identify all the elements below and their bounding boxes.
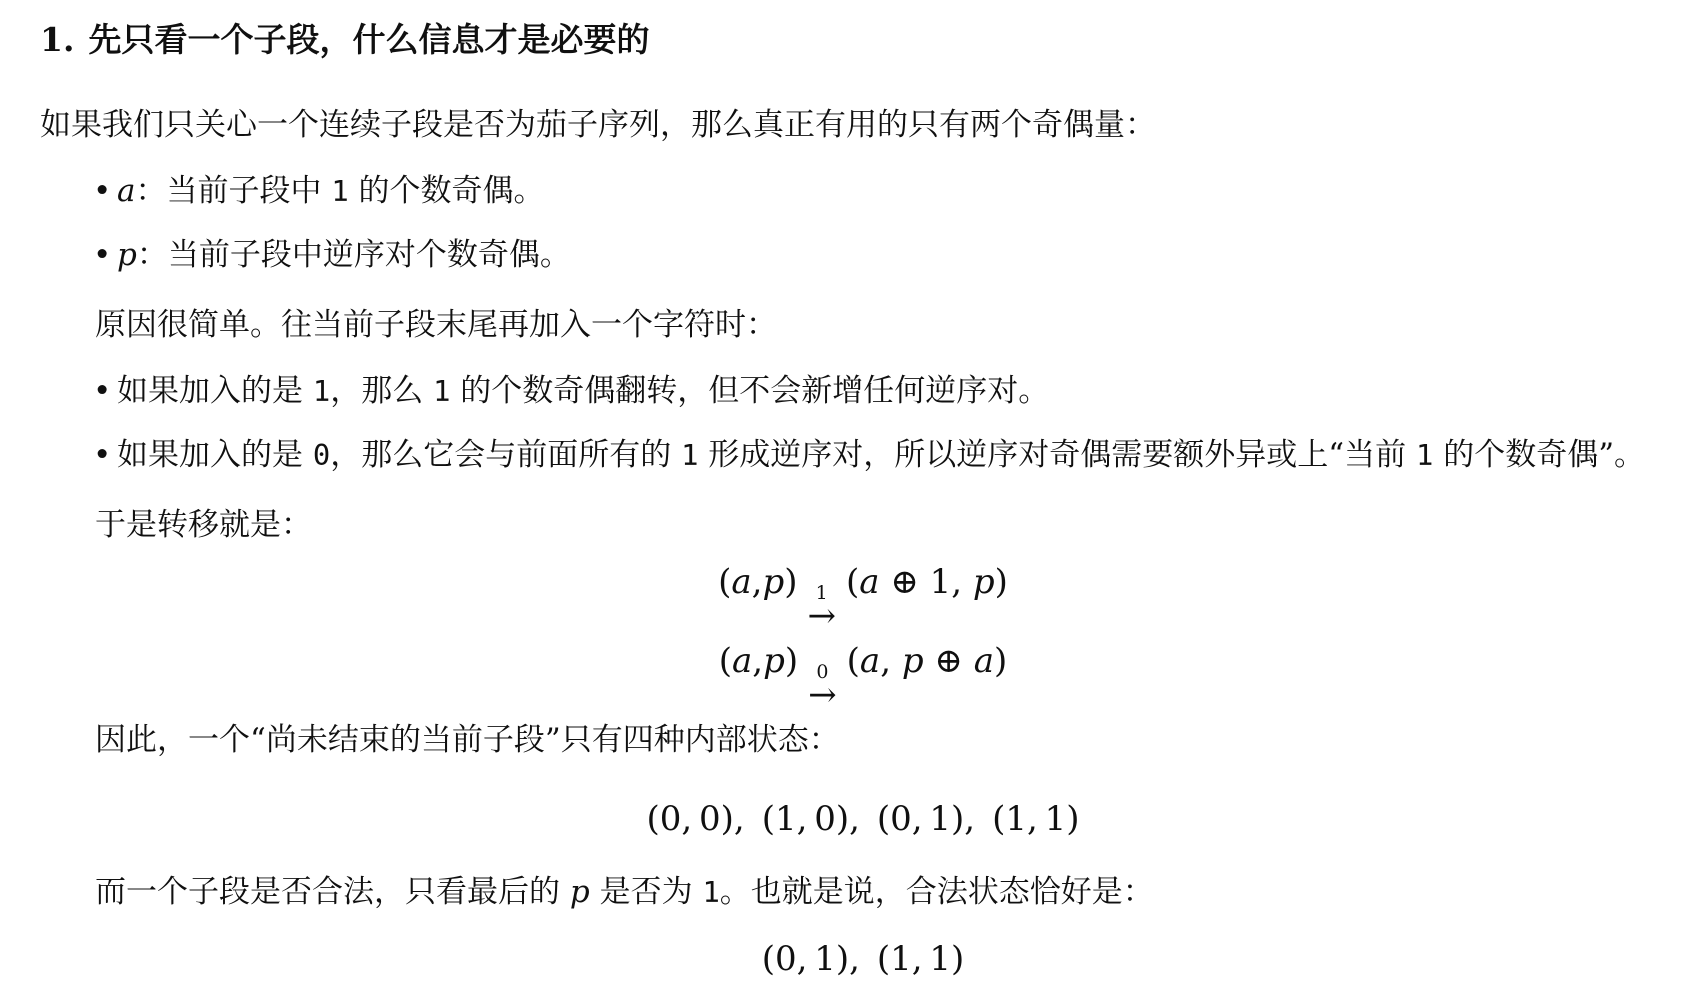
section-heading: 1.先只看一个子段，什么信息才是必要的 xyxy=(40,20,1686,60)
equation-all-states: (0, 0), (1, 0), (0, 1), (1, 1) xyxy=(40,789,1686,849)
transfer-paragraph: 于是转移就是： xyxy=(95,504,1686,546)
four-states-paragraph: 因此，一个“尚未结束的当前子段”只有四种内部状态： xyxy=(95,719,1686,761)
variable-list: a：当前子段中 1 的个数奇偶。 p：当前子段中逆序对个数奇偶。 xyxy=(95,170,1686,276)
list-item-var-a: a：当前子段中 1 的个数奇偶。 xyxy=(95,170,1686,212)
list-item-append-zero: 如果加入的是 0，那么它会与前面所有的 1 形成逆序对，所以逆序对奇偶需要额外异… xyxy=(95,434,1686,476)
list-item-append-one: 如果加入的是 1，那么 1 的个数奇偶翻转，但不会新增任何逆序对。 xyxy=(95,370,1686,412)
equation-transition-zero: (a,p)0(a, p ⊕ a) xyxy=(40,631,1686,710)
list-item-var-p: p：当前子段中逆序对个数奇偶。 xyxy=(95,234,1686,276)
legal-paragraph: 而一个子段是否合法，只看最后的 p 是否为 1。也就是说，合法状态恰好是： xyxy=(95,871,1686,913)
document: 1.先只看一个子段，什么信息才是必要的 如果我们只关心一个连续子段是否为茄子序列… xyxy=(0,0,1694,989)
section-number: 1. xyxy=(40,20,74,59)
case-list: 如果加入的是 1，那么 1 的个数奇偶翻转，但不会新增任何逆序对。 如果加入的是… xyxy=(95,370,1686,476)
intro-paragraph: 如果我们只关心一个连续子段是否为茄子序列，那么真正有用的只有两个奇偶量： xyxy=(40,104,1686,146)
equation-legal-states: (0, 1), (1, 1) xyxy=(40,929,1686,989)
equation-transition-one: (a,p)1(a ⊕ 1, p) xyxy=(40,552,1686,631)
transition-equations: (a,p)1(a ⊕ 1, p) (a,p)0(a, p ⊕ a) xyxy=(40,552,1686,711)
reason-paragraph: 原因很简单。往当前子段末尾再加入一个字符时： xyxy=(95,304,1686,346)
section-title: 先只看一个子段，什么信息才是必要的 xyxy=(88,20,649,59)
